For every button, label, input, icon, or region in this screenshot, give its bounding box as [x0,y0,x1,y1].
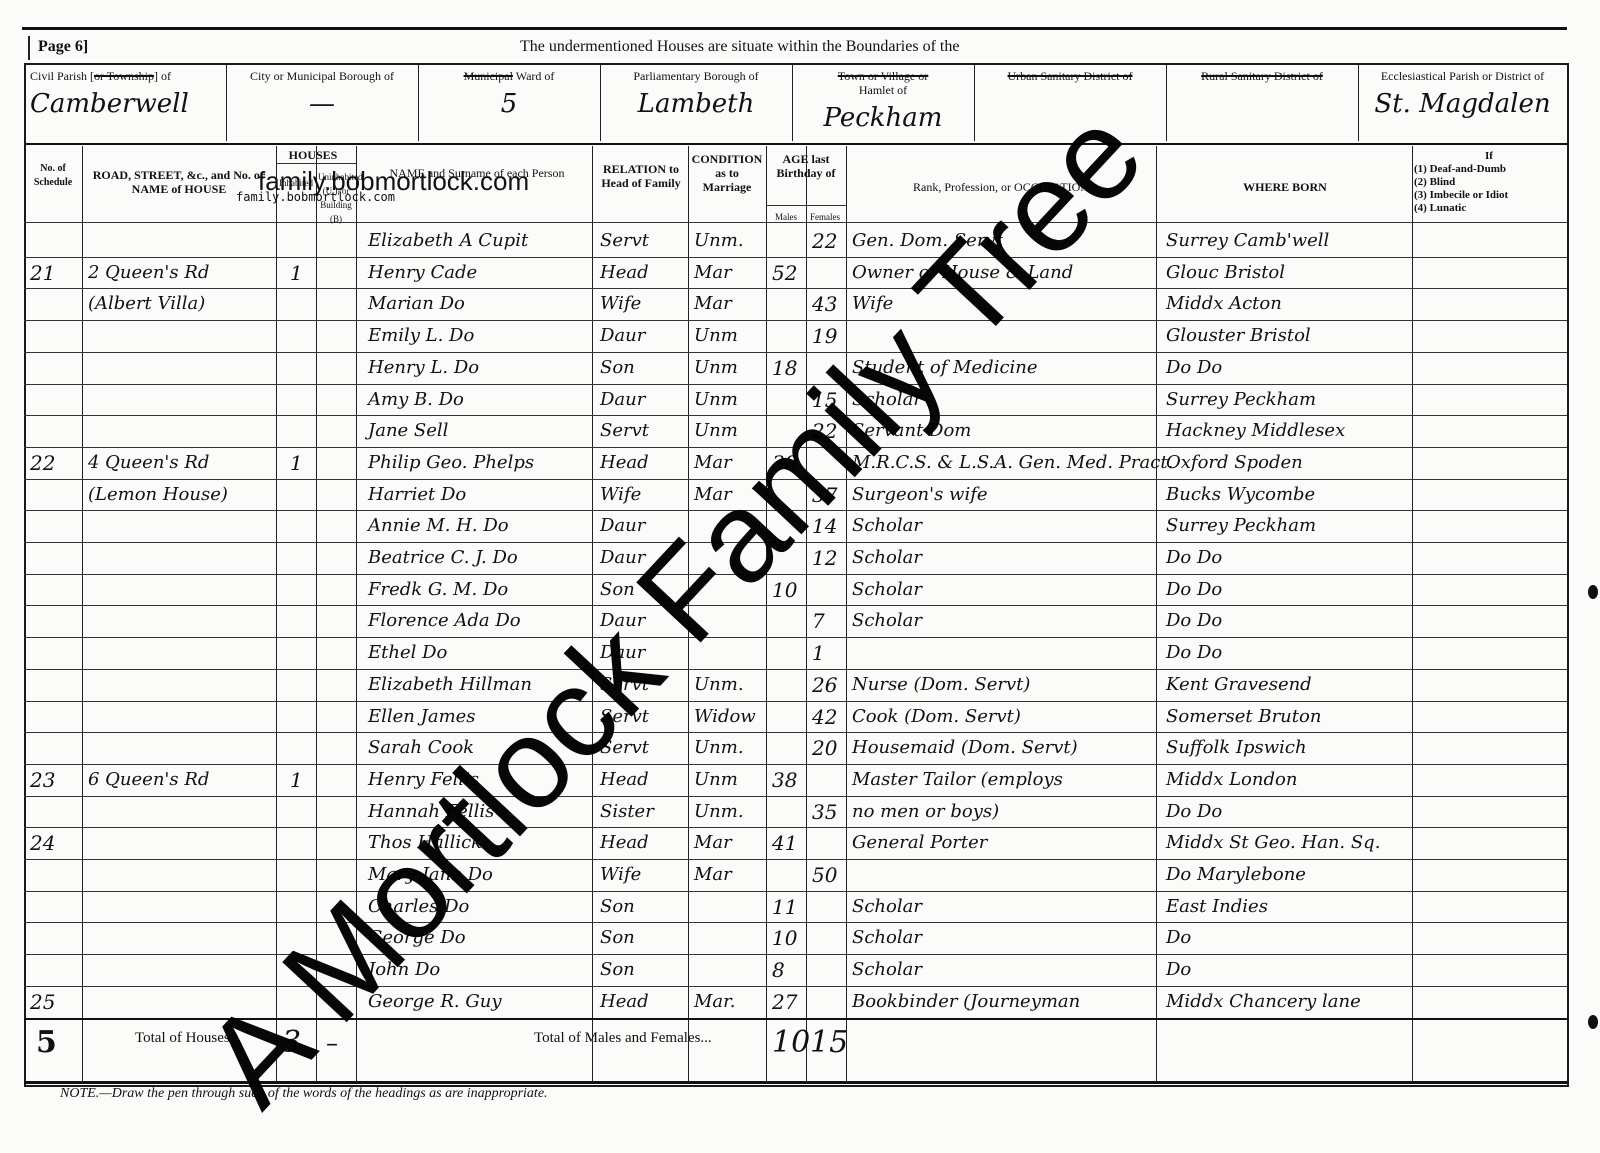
female-age: 35 [812,797,837,827]
male-age: 10 [772,923,797,953]
header-field-label: Civil Parish [or Township] of [30,69,230,83]
column-line [1156,146,1157,1081]
binding-hole [1588,585,1598,599]
header-field-label: Municipal Ward of [419,69,599,83]
schedule-number: 25 [30,987,55,1017]
page-number: Page 6] [38,38,88,56]
road-address: (Albert Villa) [88,289,205,319]
header-field-value: Peckham [793,103,973,133]
person-name: Elizabeth A Cupit [368,226,528,256]
person-name: Ellen James [368,702,476,732]
occupation: Scholar [852,511,922,541]
header-field-6: Rural Sanitary District of [1166,65,1357,141]
condition: Widow [694,702,756,732]
person-name: Emily L. Do [368,321,474,351]
occupation: Scholar [852,575,922,605]
row-line [24,288,1567,289]
birthplace: Middx Acton [1166,289,1282,319]
condition: Mar [694,289,732,319]
female-age: 22 [812,226,837,256]
col-schedule: No. of Schedule [26,162,80,190]
total-females: 15 [810,1028,848,1058]
occupation: Scholar [852,892,922,922]
person-name: Annie M. H. Do [368,511,509,541]
schedule-number: 22 [30,448,55,478]
occupation: Scholar [852,543,922,573]
schedule-number: 21 [30,258,55,288]
male-age: 8 [772,955,785,985]
condition: Unm. [694,226,744,256]
relation: Wife [600,480,641,510]
road-address: 6 Queen's Rd [88,765,209,795]
column-line [846,146,847,1081]
relation: Head [600,987,649,1017]
person-name: Ethel Do [368,638,447,668]
occupation: Scholar [852,606,922,636]
birthplace: Glouc Bristol [1166,258,1285,288]
person-name: Henry L. Do [368,353,479,383]
relation: Servt [600,416,649,446]
watermark-url-small: family.bobmortlock.com [236,190,395,204]
birthplace: Do [1166,955,1191,985]
subheader-line [276,163,356,164]
total-males: 10 [772,1028,810,1058]
person-name: Beatrice C. J. Do [368,543,518,573]
birthplace: Do Do [1166,543,1222,573]
condition: Unm [694,321,738,351]
col-condition: CONDITION as to Marriage [690,152,764,194]
person-name: Amy B. Do [368,385,464,415]
relation: Son [600,955,635,985]
column-line [82,146,83,1081]
male-age: 52 [772,258,797,288]
col-relation: RELATION to Head of Family [594,162,688,190]
column-line [1412,146,1413,1081]
header-field-label: Urban Sanitary District of [975,69,1165,83]
occupation: Cook (Dom. Servt) [852,702,1021,732]
relation: Head [600,258,649,288]
female-age: 1 [812,638,825,668]
col-born: WHERE BORN [1160,180,1410,194]
row-line [24,320,1567,321]
col-age: AGE last Birthday of [768,152,844,180]
relation: Wife [600,289,641,319]
header-field-label: Town or Village orHamlet of [793,69,973,97]
col-males: Males [768,210,804,224]
total-persons-label: Total of Males and Females... [534,1030,712,1047]
col-infirmity: If (1) Deaf-and-Dumb (2) Blind (3) Imbec… [1414,150,1564,215]
col-females: Females [806,210,844,224]
relation: Servt [600,226,649,256]
header-field-value: 5 [419,89,599,119]
header-field-1: City or Municipal Borough of— [226,65,417,141]
relation: Sister [600,797,654,827]
birthplace: Hackney Middlesex [1166,416,1345,446]
header-field-label: Parliamentary Borough of [601,69,791,83]
infirmity-title: If [1414,150,1564,163]
occupation: Scholar [852,923,922,953]
birthplace: Middx London [1166,765,1297,795]
birthplace: Bucks Wycombe [1166,480,1315,510]
row-line [24,637,1567,638]
condition: Unm [694,765,738,795]
birthplace: Do Do [1166,575,1222,605]
schedule-number: 24 [30,828,55,858]
header-field-label: Rural Sanitary District of [1167,69,1357,83]
birthplace: Glouster Bristol [1166,321,1311,351]
road-address: 4 Queen's Rd [88,448,209,478]
relation: Son [600,923,635,953]
row-line [24,669,1567,670]
female-age: 26 [812,670,837,700]
condition: Unm [694,353,738,383]
female-age: 7 [812,606,825,636]
infirmity-3: (3) Imbecile or Idiot [1414,189,1564,202]
birthplace: Do Do [1166,353,1222,383]
birthplace: Do Do [1166,638,1222,668]
birthplace: Middx Chancery lane [1166,987,1361,1017]
birthplace: Suffolk Ipswich [1166,733,1307,763]
total-schedules: 5 [36,1028,57,1058]
birthplace: Do Do [1166,797,1222,827]
occupation: Bookbinder (Journeyman [852,987,1080,1017]
row-line [24,605,1567,606]
inhabited-count: 1 [290,765,303,795]
relation: Wife [600,860,641,890]
header-field-4: Town or Village orHamlet ofPeckham [792,65,973,141]
schedule-number: 23 [30,765,55,795]
female-age: 20 [812,733,837,763]
inhabited-count: 1 [290,258,303,288]
header-field-3: Parliamentary Borough ofLambeth [600,65,791,141]
binding-hole [1588,1015,1598,1029]
row-line [24,732,1567,733]
female-age: 42 [812,702,837,732]
person-name: Henry Cade [368,258,477,288]
occupation: General Porter [852,828,987,858]
condition: Mar [694,828,732,858]
col-houses: HOUSES [276,148,350,162]
male-age: 27 [772,987,797,1017]
occupation: Master Tailor (employs [852,765,1063,795]
occupation: no men or boys) [852,797,999,827]
road-address: 2 Queen's Rd [88,258,209,288]
condition: Unm [694,385,738,415]
row-line [24,701,1567,702]
relation: Daur [600,321,645,351]
birthplace: Do [1166,923,1191,953]
relation: Daur [600,385,645,415]
header-field-0: Civil Parish [or Township] ofCamberwell [24,65,230,141]
person-name: Fredk G. M. Do [368,575,508,605]
birthplace: Surrey Peckham [1166,385,1316,415]
margin-mark [28,36,30,60]
birthplace: Do Marylebone [1166,860,1306,890]
female-age: 43 [812,289,837,319]
inhabited-count: 1 [290,448,303,478]
birthplace: Surrey Camb'well [1166,226,1329,256]
condition: Unm. [694,797,744,827]
header-field-value: Camberwell [30,89,230,119]
person-name: Harriet Do [368,480,466,510]
header-field-value: St. Magdalen [1359,89,1566,119]
person-name: Philip Geo. Phelps [368,448,534,478]
header-field-2: Municipal Ward of5 [418,65,599,141]
condition: Mar [694,258,732,288]
header-divider [24,143,1567,145]
infirmity-2: (2) Blind [1414,176,1564,189]
top-rule [22,27,1567,30]
birthplace: East Indies [1166,892,1268,922]
relation: Head [600,448,649,478]
male-age: 41 [772,828,797,858]
female-age: 50 [812,860,837,890]
person-name: Marian Do [368,289,465,319]
male-age: 38 [772,765,797,795]
condition: Mar. [694,987,736,1017]
person-name: Florence Ada Do [368,606,521,636]
infirmity-4: (4) Lunatic [1414,202,1564,215]
birthplace: Middx St Geo. Han. Sq. [1166,828,1380,858]
occupation: Scholar [852,955,922,985]
occupation: Housemaid (Dom. Servt) [852,733,1078,763]
header-field-value: — [227,89,417,119]
row-line [24,859,1567,860]
page-heading: The undermentioned Houses are situate wi… [520,38,959,56]
header-field-label: Ecclesiastical Parish or District of [1359,69,1566,83]
birthplace: Surrey Peckham [1166,511,1316,541]
birthplace: Kent Gravesend [1166,670,1312,700]
road-address: (Lemon House) [88,480,228,510]
person-name: Jane Sell [368,416,448,446]
condition: Unm. [694,733,744,763]
header-field-value: Lambeth [601,89,791,119]
birthplace: Somerset Bruton [1166,702,1321,732]
row-line [24,796,1567,797]
male-age: 11 [772,892,797,922]
relation: Head [600,828,649,858]
relation: Son [600,892,635,922]
subheader-line [766,205,846,206]
occupation: Nurse (Dom. Servt) [852,670,1030,700]
header-field-7: Ecclesiastical Parish or District ofSt. … [1358,65,1566,141]
birthplace: Do Do [1166,606,1222,636]
infirmity-1: (1) Deaf-and-Dumb [1414,163,1564,176]
condition: Mar [694,860,732,890]
column-line [806,146,807,1081]
header-field-label: City or Municipal Borough of [227,69,417,83]
relation: Son [600,353,635,383]
birthplace: Oxford Spoden [1166,448,1303,478]
